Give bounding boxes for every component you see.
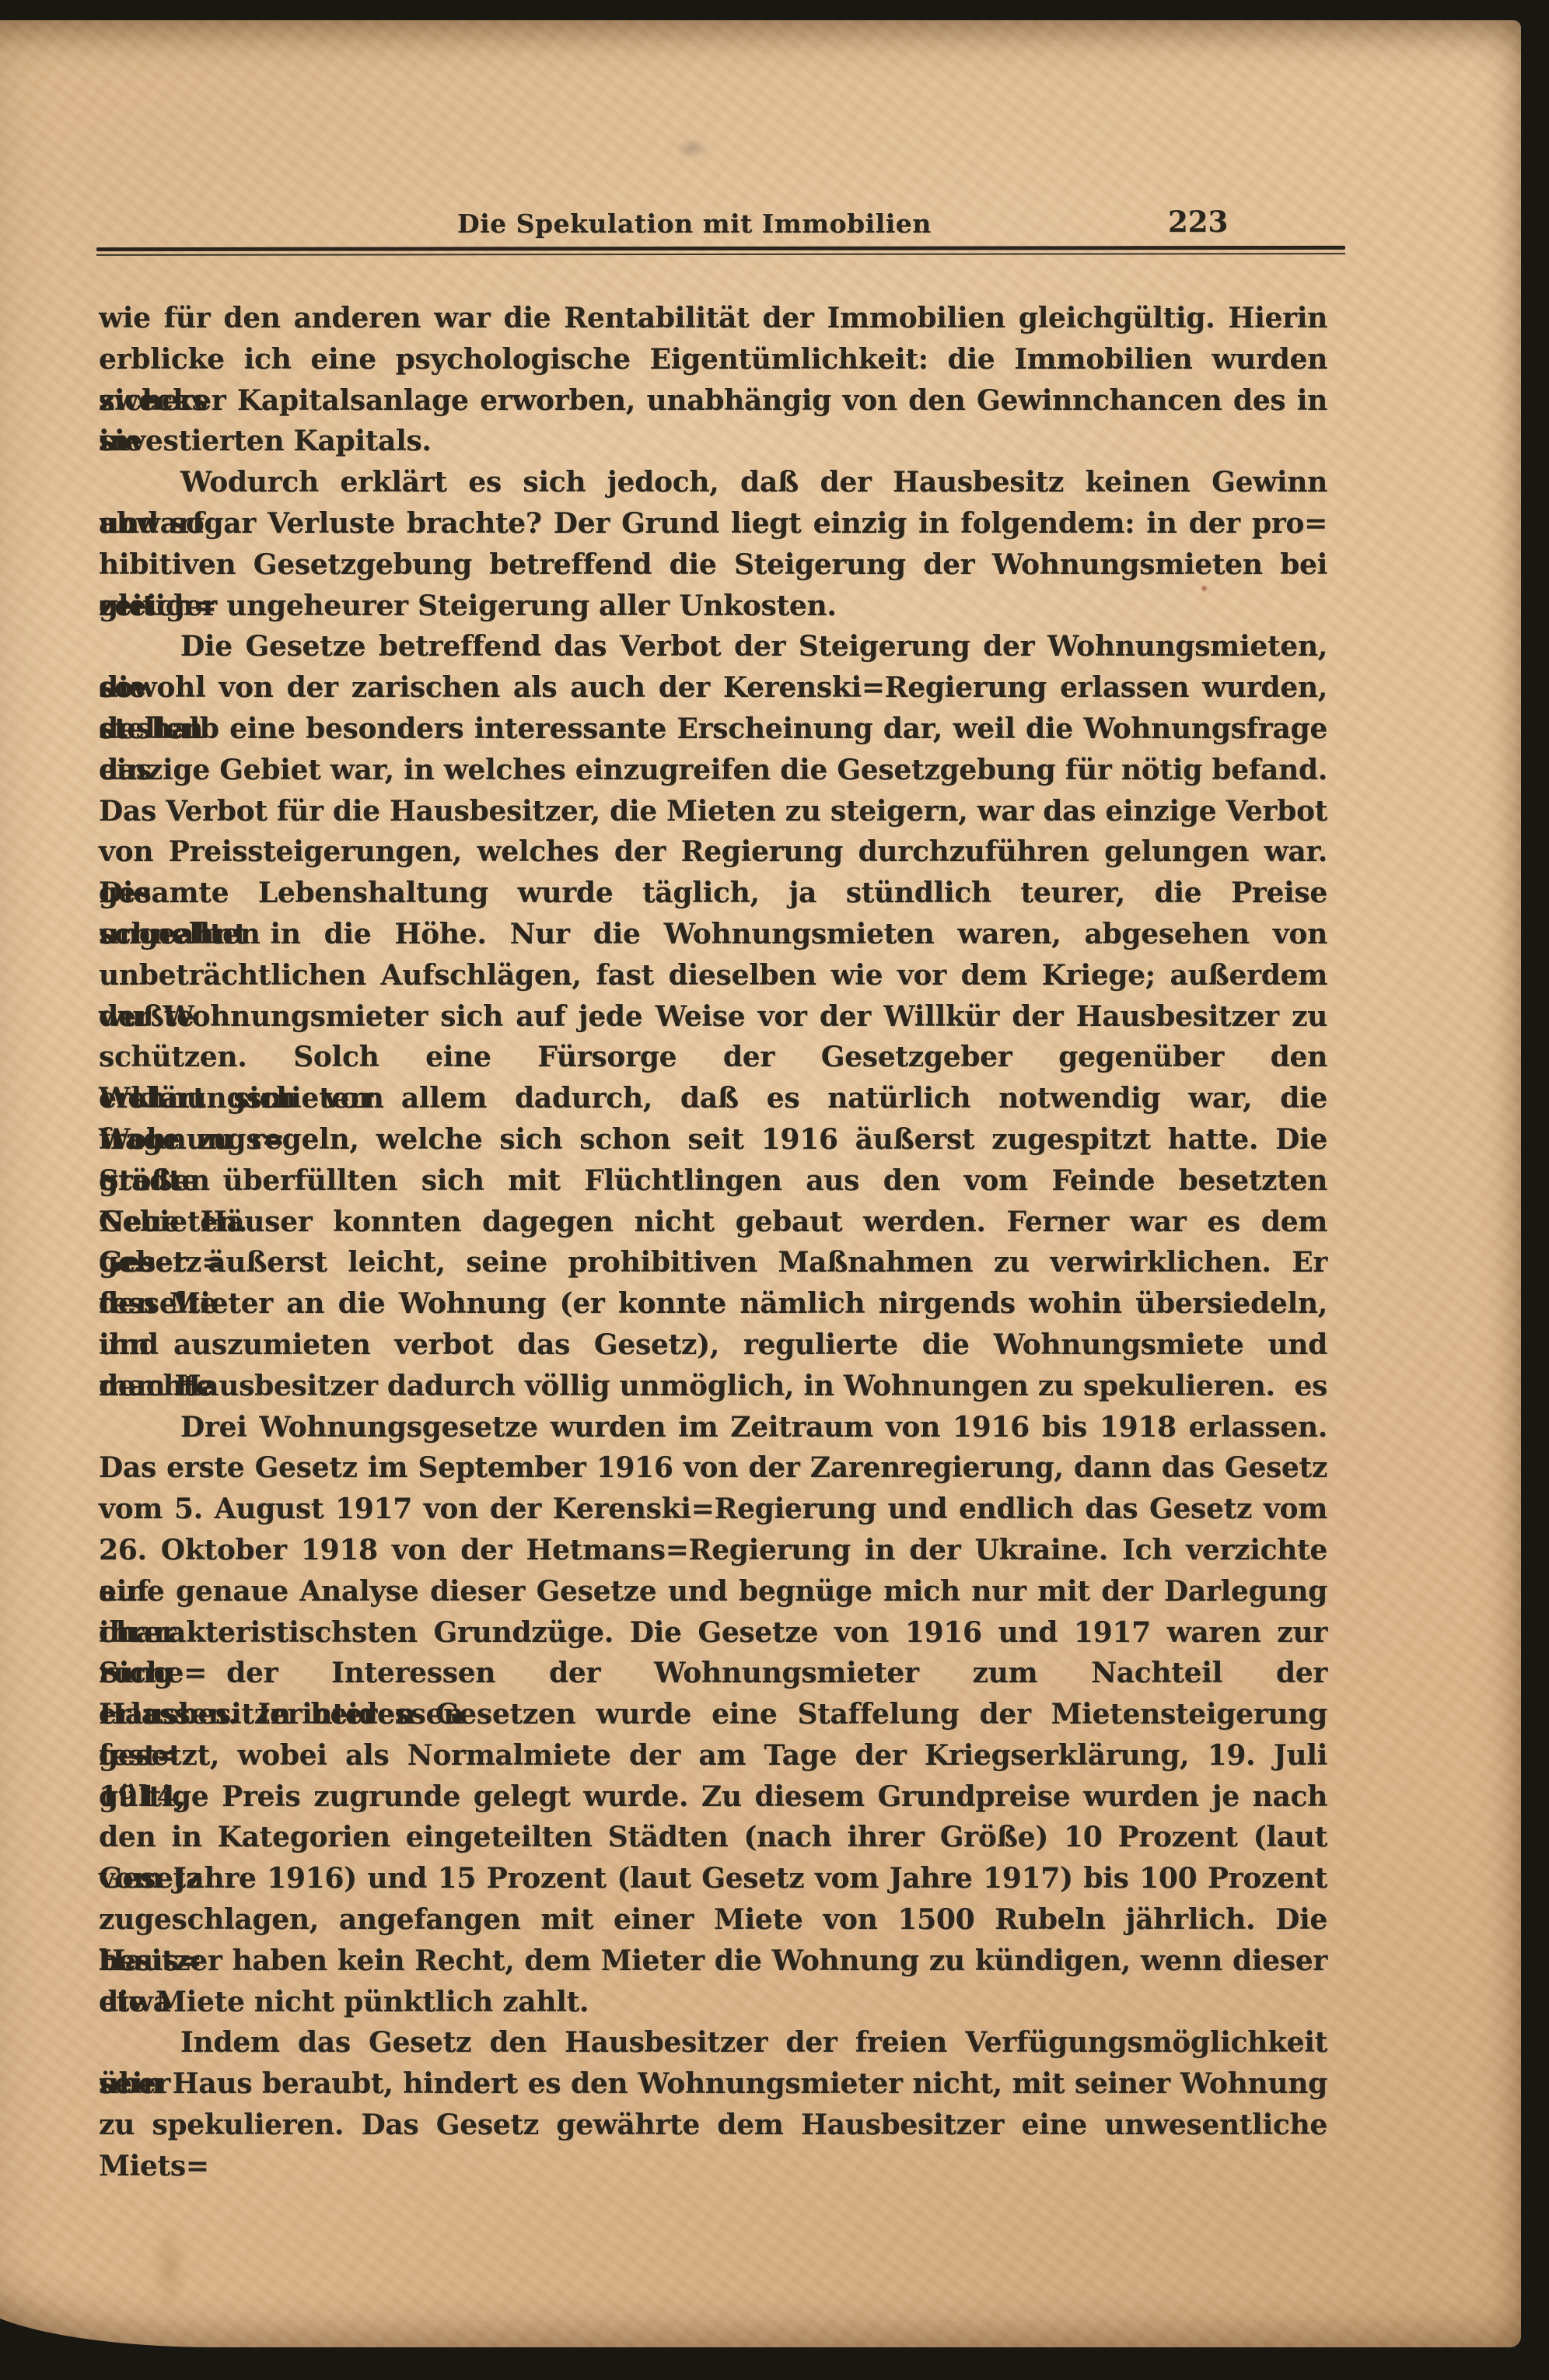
text-line: deshalb eine besonders interessante Ersc…	[99, 709, 1327, 750]
text-line: die Miete nicht pünktlich zahlt.	[99, 1982, 1327, 2023]
text-line: sicherer Kapitalsanlage erworben, unabhä…	[99, 380, 1327, 422]
text-line: Neue Häuser konnten dagegen nicht gebaut…	[99, 1202, 1327, 1243]
text-line: zugeschlagen, angefangen mit einer Miete…	[99, 1899, 1327, 1941]
text-line: investierten Kapitals.	[99, 421, 1327, 462]
text-line: geber äußerst leicht, seine prohibitiven…	[99, 1242, 1327, 1283]
text-line: vom Jahre 1916) und 15 Prozent (laut Ges…	[99, 1858, 1327, 1899]
text-line: dem Hausbesitzer dadurch völlig unmöglic…	[99, 1366, 1327, 1407]
text-line: gesamte Lebenshaltung wurde täglich, ja …	[99, 873, 1327, 914]
text-line: gesetzt, wobei als Normalmiete der am Ta…	[99, 1735, 1327, 1776]
text-line: unbeträchtlichen Aufschlägen, fast diese…	[99, 955, 1327, 996]
text-line: Das Verbot für die Hausbesitzer, die Mie…	[99, 791, 1327, 832]
text-line: erklärt sich vor allem dadurch, daß es n…	[99, 1078, 1327, 1119]
text-line: zu spekulieren. Das Gesetz gewährte dem …	[99, 2105, 1327, 2146]
page-number: 223	[1168, 205, 1228, 239]
text-line: ungeahnt in die Höhe. Nur die Wohnungsmi…	[99, 914, 1327, 955]
text-line: Städte überfüllten sich mit Flüchtlingen…	[99, 1160, 1327, 1202]
text-line: besitzer haben kein Recht, dem Mieter di…	[99, 1941, 1327, 1982]
text-line: Das erste Gesetz im September 1916 von d…	[99, 1447, 1327, 1489]
text-line: 26. Oktober 1918 von der Hetmans=Regieru…	[99, 1530, 1327, 1571]
text-line: und sogar Verluste brachte? Der Grund li…	[99, 503, 1327, 544]
text-line: vom 5. August 1917 von der Kerenski=Regi…	[99, 1489, 1327, 1530]
text-line: Die Gesetze betreffend das Verbot der St…	[99, 626, 1327, 667]
text-line: Indem das Gesetz den Hausbesitzer der fr…	[99, 2022, 1327, 2063]
text-line: den in Kategorien eingeteilten Städten (…	[99, 1817, 1327, 1858]
text-line: erlassen. In beiden Gesetzen wurde eine …	[99, 1694, 1327, 1735]
header-rule	[96, 247, 1345, 255]
text-line: schützen. Solch eine Fürsorge der Gesetz…	[99, 1037, 1327, 1078]
paper-stain	[675, 138, 709, 159]
scanned-book-page: Die Spekulation mit Immobilien 223 wie f…	[0, 0, 1549, 2380]
text-line: gültige Preis zugrunde gelegt wurde. Zu …	[99, 1776, 1327, 1818]
text-line: eine genaue Analyse dieser Gesetze und b…	[99, 1571, 1327, 1612]
text-line: der Wohnungsmieter sich auf jede Weise v…	[99, 996, 1327, 1038]
text-line: den Mieter an die Wohnung (er konnte näm…	[99, 1283, 1327, 1325]
text-line: Drei Wohnungsgesetze wurden im Zeitraum …	[99, 1407, 1327, 1448]
text-line: wie für den anderen war die Rentabilität…	[99, 298, 1327, 339]
text-line: zeitiger ungeheurer Steigerung aller Unk…	[99, 586, 1327, 627]
text-line: erblicke ich eine psychologische Eigentü…	[99, 339, 1327, 380]
page-content: Die Spekulation mit Immobilien 223 wie f…	[0, 0, 1549, 2380]
text-line: einzige Gebiet war, in welches einzugrei…	[99, 750, 1327, 791]
text-line: frage zu regeln, welche sich schon seit …	[99, 1119, 1327, 1160]
text-line: rung der Interessen der Wohnungsmieter z…	[99, 1653, 1327, 1694]
header-rule-thin-line	[96, 253, 1345, 256]
text-line: sein Haus beraubt, hindert es den Wohnun…	[99, 2063, 1327, 2105]
text-line: charakteristischsten Grundzüge. Die Gese…	[99, 1612, 1327, 1654]
body-text-block: wie für den anderen war die Rentabilität…	[99, 298, 1327, 2146]
running-title: Die Spekulation mit Immobilien	[457, 208, 932, 239]
text-line: Wodurch erklärt es sich jedoch, daß der …	[99, 462, 1327, 503]
header-rule-thick-line	[96, 246, 1345, 251]
text-line: sowohl von der zarischen als auch der Ke…	[99, 667, 1327, 709]
paper-stain	[152, 2224, 187, 2310]
text-line: von Preissteigerungen, welches der Regie…	[99, 831, 1327, 873]
text-line: hibitiven Gesetzgebung betreffend die St…	[99, 544, 1327, 586]
text-line: ihn auszumieten verbot das Gesetz), regu…	[99, 1325, 1327, 1366]
